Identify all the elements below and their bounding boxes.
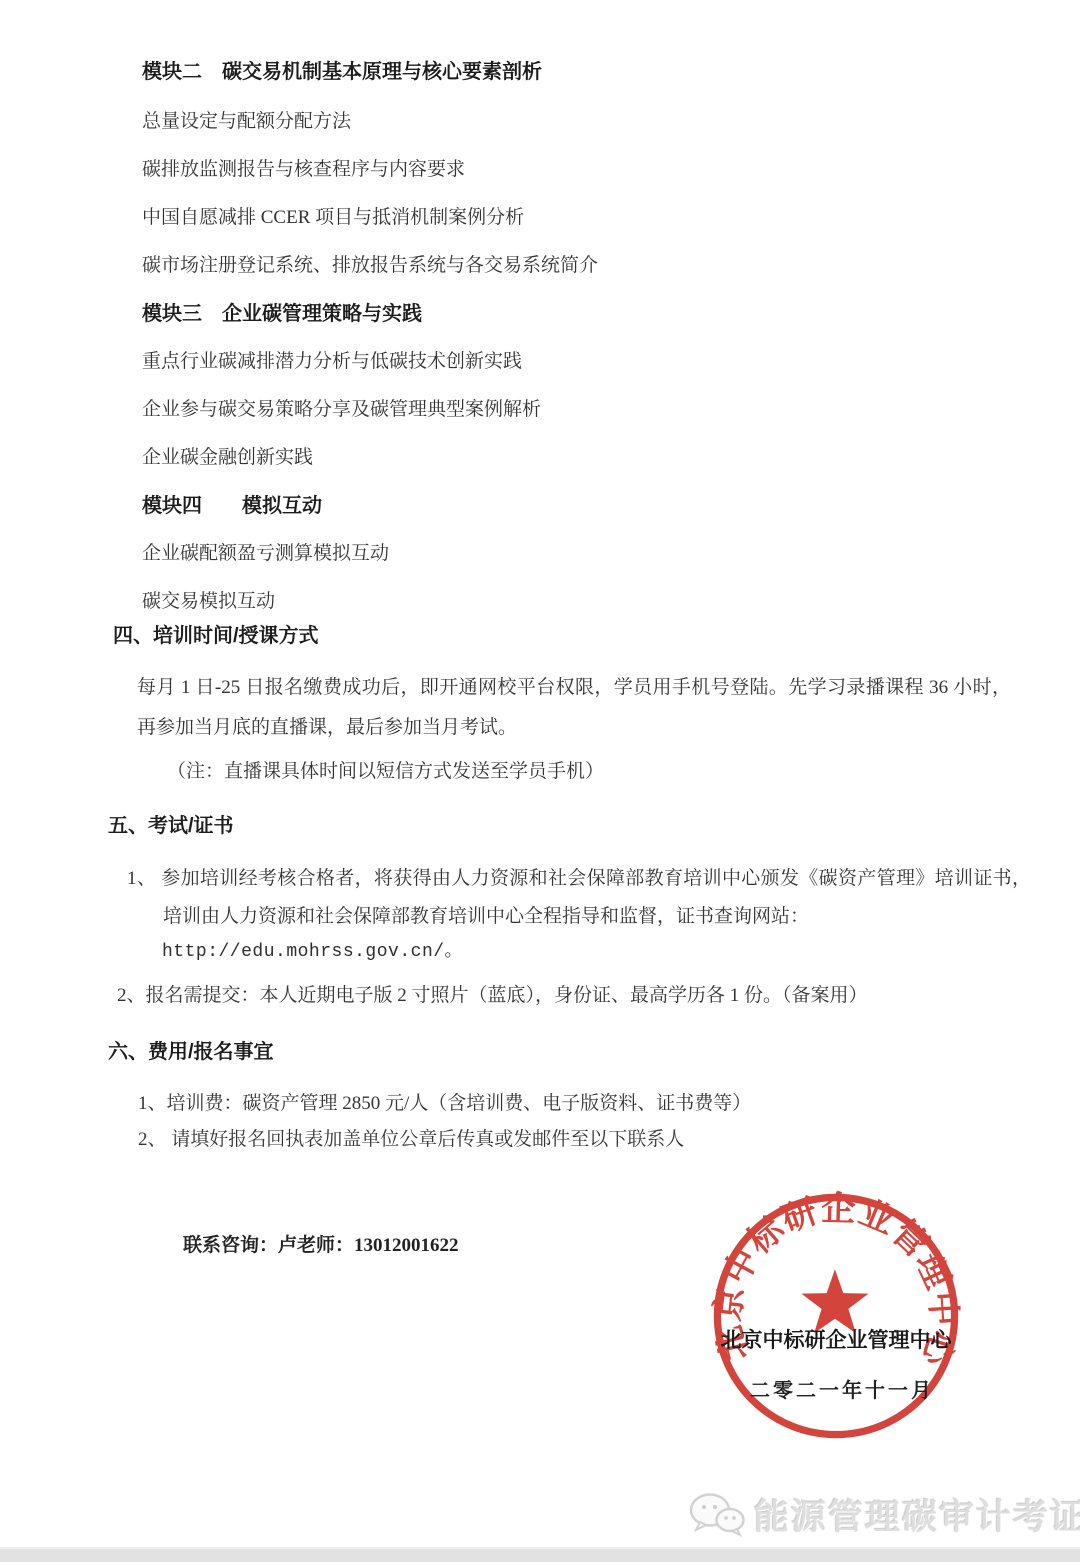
- seal-date: 二零二一年十一月: [706, 1374, 978, 1403]
- module2-heading: 模块二 碳交易机制基本原理与核心要素剖析: [142, 60, 542, 84]
- section5-item1: 1、 参加培训经考核合格者，将获得由人力资源和社会保障部教育培训中心颁发《碳资产…: [127, 860, 1031, 936]
- module2-item: 中国自愿减排 CCER 项目与抵消机制案例分析: [142, 206, 524, 230]
- module2-item: 碳排放监测报告与核查程序与内容要求: [142, 158, 465, 182]
- watermark-text: 能源管理碳审计考证机构: [754, 1490, 1080, 1540]
- module3-item: 企业参与碳交易策略分享及碳管理典型案例解析: [142, 398, 541, 422]
- section5-item2: 2、报名需提交：本人近期电子版 2 寸照片（蓝底），身份证、最高学历各 1 份。…: [117, 984, 868, 1008]
- module2-item: 总量设定与配额分配方法: [142, 110, 351, 134]
- section4-paragraph: 每月 1 日-25 日报名缴费成功后，即开通网校平台权限，学员用手机号登陆。先学…: [137, 668, 1011, 748]
- section4-heading: 四、培训时间/授课方式: [113, 624, 319, 648]
- section5-heading: 五、考试/证书: [108, 814, 234, 838]
- contact-line: 联系咨询：卢老师：13012001622: [183, 1234, 459, 1258]
- bottom-edge-bar: [0, 1547, 1080, 1562]
- module3-item: 企业碳金融创新实践: [142, 446, 313, 470]
- section6-item1: 1、培训费：碳资产管理 2850 元/人（含培训费、电子版资料、证书费等）: [138, 1092, 751, 1116]
- module4-item: 企业碳配额盈亏测算模拟互动: [142, 542, 389, 566]
- module4-item: 碳交易模拟互动: [142, 590, 275, 614]
- module3-heading: 模块三 企业碳管理策略与实践: [142, 302, 422, 326]
- wechat-icon: [688, 1491, 746, 1539]
- section4-note: （注：直播课具体时间以短信方式发送至学员手机）: [167, 760, 604, 784]
- module3-item: 重点行业碳减排潜力分析与低碳技术创新实践: [142, 350, 522, 374]
- company-seal: 北京中标研企业管理中心 北京中标研企业管理中心 二零二一年十一月: [706, 1186, 966, 1446]
- section6-item2: 2、 请填好报名回执表加盖单位公章后传真或发邮件至以下联系人: [138, 1128, 684, 1152]
- module2-item: 碳市场注册登记系统、排放报告系统与各交易系统简介: [142, 254, 598, 278]
- seal-graphic: 北京中标研企业管理中心: [706, 1186, 966, 1446]
- document-page: 模块二 碳交易机制基本原理与核心要素剖析 总量设定与配额分配方法 碳排放监测报告…: [0, 0, 1080, 1562]
- seal-org-name: 北京中标研企业管理中心: [696, 1324, 976, 1354]
- module4-heading: 模块四 模拟互动: [142, 494, 322, 518]
- certificate-url: http://edu.mohrss.gov.cn/。: [162, 940, 463, 964]
- footer-watermark: 能源管理碳审计考证机构: [688, 1490, 1080, 1540]
- section6-heading: 六、费用/报名事宜: [108, 1040, 274, 1064]
